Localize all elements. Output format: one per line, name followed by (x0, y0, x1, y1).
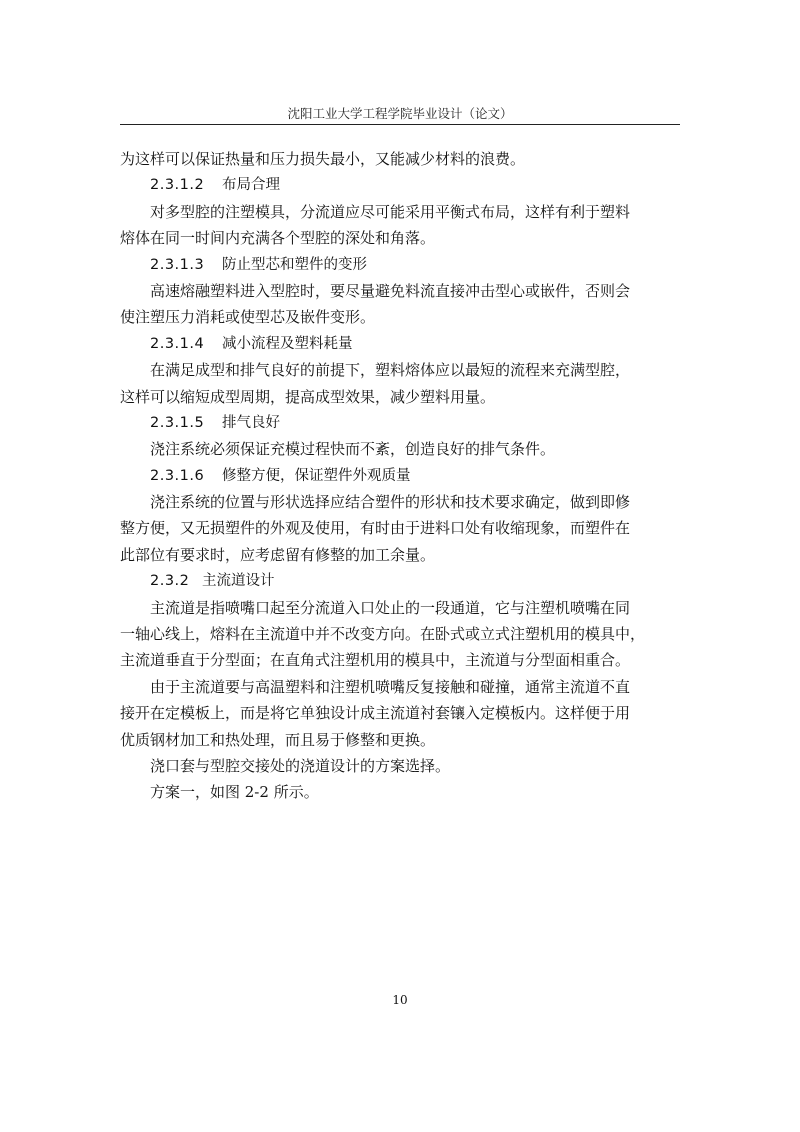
paragraph-line: 浇口套与型腔交接处的浇道设计的方案选择。 (120, 753, 685, 779)
section-number: 2.3.1.6 (150, 463, 222, 489)
section-heading-2-3-1-6: 2.3.1.6修整方便，保证塑件外观质量 (120, 463, 685, 489)
section-title: 主流道设计 (202, 573, 275, 589)
section-title: 修整方便，保证塑件外观质量 (222, 468, 411, 484)
section-number: 2.3.2 (150, 568, 202, 594)
section-number: 2.3.1.3 (150, 252, 222, 278)
paragraph-line: 浇注系统必须保证充模过程快而不紊，创造良好的排气条件。 (120, 436, 685, 462)
section-title: 布局合理 (222, 177, 280, 193)
paragraph-line: 整方便，又无损塑件的外观及使用，有时由于进料口处有收缩现象，而塑件在 (120, 515, 685, 541)
section-title: 排气良好 (222, 415, 280, 431)
paragraph-line: 这样可以缩短成型周期，提高成型效果，减少塑料用量。 (120, 384, 685, 410)
paragraph-line: 一轴心线上，熔料在主流道中并不改变方向。在卧式或立式注塑机用的模具中， (120, 621, 685, 647)
paragraph-line: 此部位有要求时，应考虑留有修整的加工余量。 (120, 542, 685, 568)
paragraph-line: 优质钢材加工和热处理，而且易于修整和更换。 (120, 727, 685, 753)
section-number: 2.3.1.4 (150, 331, 222, 357)
section-heading-2-3-1-5: 2.3.1.5排气良好 (120, 410, 685, 436)
header-divider (120, 124, 680, 125)
page-number: 10 (0, 993, 800, 1007)
section-number: 2.3.1.5 (150, 410, 222, 436)
section-title: 防止型芯和塑件的变形 (222, 257, 367, 273)
paragraph-line: 在满足成型和排气良好的前提下，塑料熔体应以最短的流程来充满型腔， (120, 357, 685, 383)
paragraph-line: 方案一，如图 2-2 所示。 (120, 779, 685, 805)
section-heading-2-3-2: 2.3.2主流道设计 (120, 568, 685, 594)
paragraph-line: 接开在定模板上，而是将它单独设计成主流道衬套镶入定模板内。这样便于用 (120, 700, 685, 726)
document-body: 为这样可以保证热量和压力损失最小，又能减少材料的浪费。 2.3.1.2布局合理 … (120, 146, 685, 806)
section-title: 减小流程及塑料耗量 (222, 336, 353, 352)
paragraph-line: 浇注系统的位置与形状选择应结合塑件的形状和技术要求确定，做到即修 (120, 489, 685, 515)
paragraph-line: 为这样可以保证热量和压力损失最小，又能减少材料的浪费。 (120, 146, 685, 172)
paragraph-line: 主流道垂直于分型面；在直角式注塑机用的模具中，主流道与分型面相重合。 (120, 647, 685, 673)
paragraph-line: 使注塑压力消耗或使型芯及嵌件变形。 (120, 304, 685, 330)
section-heading-2-3-1-4: 2.3.1.4减小流程及塑料耗量 (120, 331, 685, 357)
paragraph-line: 熔体在同一时间内充满各个型腔的深处和角落。 (120, 225, 685, 251)
paragraph-line: 由于主流道要与高温塑料和注塑机喷嘴反复接触和碰撞，通常主流道不直 (120, 674, 685, 700)
paragraph-line: 对多型腔的注塑模具，分流道应尽可能采用平衡式布局，这样有利于塑料 (120, 199, 685, 225)
paragraph-line: 主流道是指喷嘴口起至分流道入口处止的一段通道，它与注塑机喷嘴在同 (120, 595, 685, 621)
section-heading-2-3-1-3: 2.3.1.3防止型芯和塑件的变形 (120, 252, 685, 278)
section-heading-2-3-1-2: 2.3.1.2布局合理 (120, 172, 685, 198)
paragraph-line: 高速熔融塑料进入型腔时，要尽量避免料流直接冲击型心或嵌件，否则会 (120, 278, 685, 304)
page-header: 沈阳工业大学工程学院毕业设计（论文） (120, 104, 680, 122)
section-number: 2.3.1.2 (150, 172, 222, 198)
